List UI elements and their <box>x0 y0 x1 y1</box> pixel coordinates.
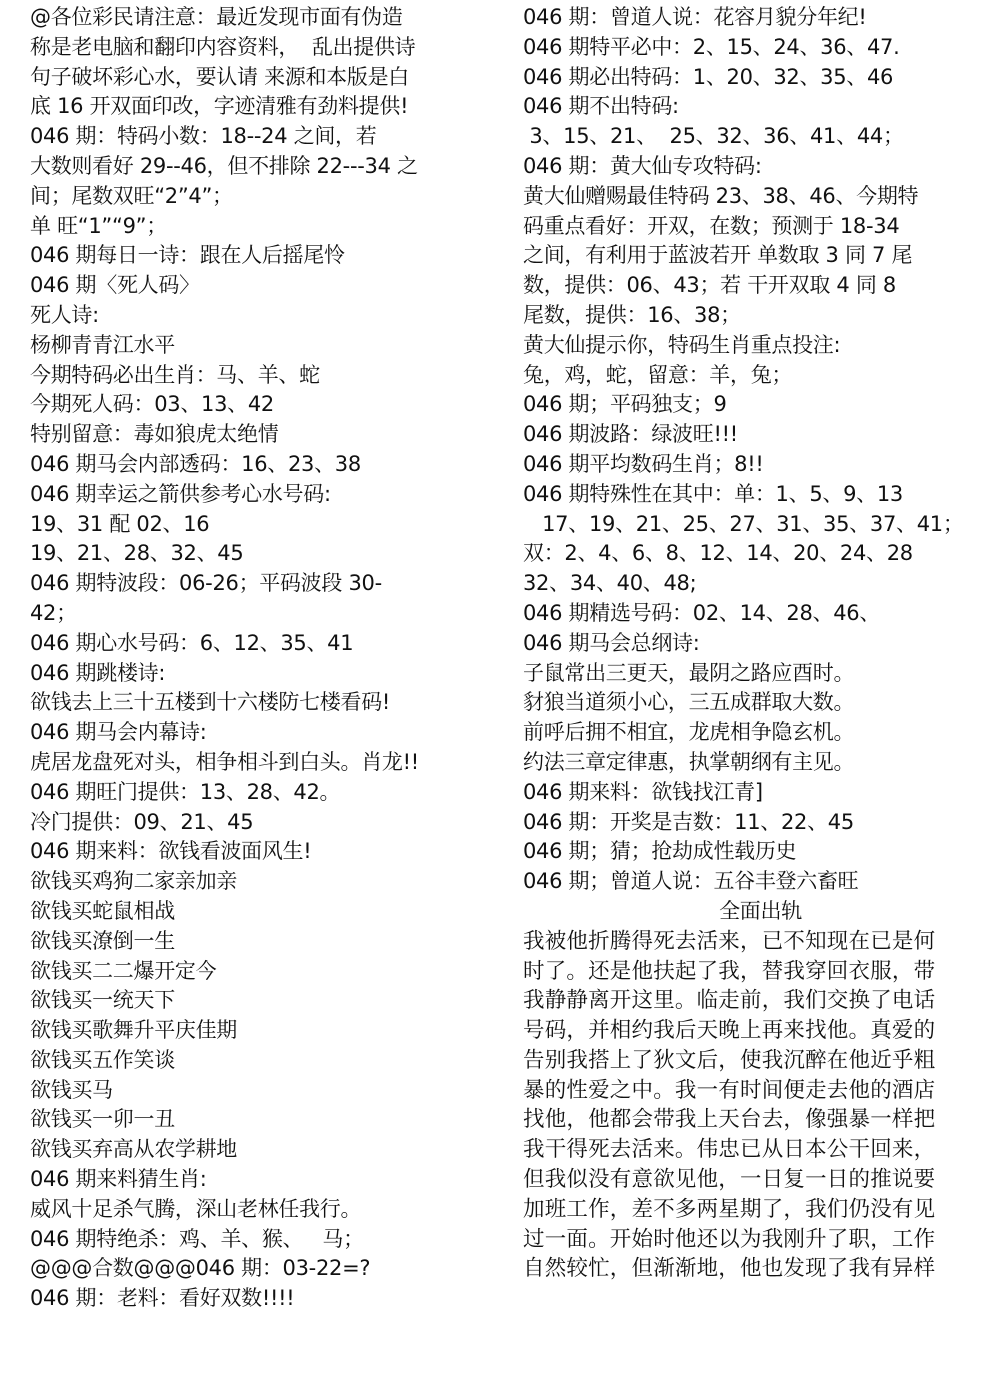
text-line: 046 期马会内幕诗: <box>30 718 500 748</box>
text-line: 046 期：开奖是吉数：11、22、45 <box>523 808 998 838</box>
right-column: 046 期：曾道人说：花容月貌分年纪!046 期特平必中：2、15、24、36、… <box>523 3 998 1284</box>
text-line: 046 期；曾道人说：五谷丰登六畜旺 <box>523 867 998 897</box>
story-line: 暴的性爱之中。我一有时间便走去他的酒店 <box>523 1076 998 1106</box>
text-line: 子鼠常出三更天，最阴之路应酉时。 <box>523 659 998 689</box>
text-line: 底 16 开双面印改，字迹清雅有劲料提供! <box>30 92 500 122</box>
story-line: 我干得死去活来。伟忠已从日本公干回来， <box>523 1135 998 1165</box>
text-line: 欲钱买鸡狗二家亲加亲 <box>30 867 500 897</box>
text-line: 约法三章定律惠，执掌朝纲有主见。 <box>523 748 998 778</box>
text-line: 046 期波路：绿波旺!!! <box>523 420 998 450</box>
text-line: 046 期跳楼诗: <box>30 659 500 689</box>
text-line: 046 期〈死人码〉 <box>30 271 500 301</box>
text-line: 046 期旺门提供：13、28、42。 <box>30 778 500 808</box>
text-line: 尾数，提供：16、38； <box>523 301 998 331</box>
text-line: 欲钱买弃高从农学耕地 <box>30 1135 500 1165</box>
text-line: 046 期特绝杀：鸡、羊、猴、 马； <box>30 1225 500 1255</box>
text-line: 046 期：黄大仙专攻特码: <box>523 152 998 182</box>
text-line: 046 期：老料：看好双数!!!! <box>30 1284 500 1314</box>
text-line: 17、19、21、25、27、31、35、37、41； <box>523 510 998 540</box>
text-line: @@@合数@@@046 期：03-22=? <box>30 1254 500 1284</box>
story-line: 号码，并相约我后天晚上再来找他。真爱的 <box>523 1016 998 1046</box>
text-line: 今期死人码：03、13、42 <box>30 390 500 420</box>
text-line: 前呼后拥不相宜，龙虎相争隐玄机。 <box>523 718 998 748</box>
story-title: 全面出轨 <box>523 897 998 927</box>
text-line: 欲钱买一卯一丑 <box>30 1105 500 1135</box>
text-line: 今期特码必出生肖：马、羊、蛇 <box>30 361 500 391</box>
text-line: 欲钱买五作笑谈 <box>30 1046 500 1076</box>
text-line: 双：2、4、6、8、12、14、20、24、28 <box>523 539 998 569</box>
text-line: 单 旺“1”“9”； <box>30 212 500 242</box>
story-line: 过一面。开始时他还以为我刚升了职，工作 <box>523 1225 998 1255</box>
text-line: 黄大仙赠赐最佳特码 23、38、46、今期特 <box>523 182 998 212</box>
text-line: 欲钱去上三十五楼到十六楼防七楼看码! <box>30 688 500 718</box>
text-line: 句子破坏彩心水，要认请 来源和本版是白 <box>30 63 500 93</box>
text-line: 046 期幸运之箭供参考心水号码: <box>30 480 500 510</box>
text-line: 黄大仙提示你，特码生肖重点投注: <box>523 331 998 361</box>
text-line: @各位彩民请注意：最近发现市面有伪造 <box>30 3 500 33</box>
text-line: 046 期；猜；抢劫成性载历史 <box>523 837 998 867</box>
text-line: 42； <box>30 599 500 629</box>
text-line: 046 期平均数码生肖；8!! <box>523 450 998 480</box>
text-line: 威风十足杀气腾，深山老林任我行。 <box>30 1195 500 1225</box>
text-line: 数，提供：06、43；若 干开双取 4 同 8 <box>523 271 998 301</box>
text-line: 046 期来料猜生肖: <box>30 1165 500 1195</box>
text-line: 19、21、28、32、45 <box>30 539 500 569</box>
text-line: 欲钱买马 <box>30 1076 500 1106</box>
text-line: 虎居龙盘死对头，相争相斗到白头。肖龙!! <box>30 748 500 778</box>
text-line: 046 期：曾道人说：花容月貌分年纪! <box>523 3 998 33</box>
text-line: 之间，有利用于蓝波若开 单数取 3 同 7 尾 <box>523 241 998 271</box>
text-line: 046 期精选号码：02、14、28、46、 <box>523 599 998 629</box>
story-line: 我静静离开这里。临走前，我们交换了电话 <box>523 986 998 1016</box>
text-line: 杨柳青青江水平 <box>30 331 500 361</box>
text-line: 称是老电脑和翻印内容资料， 乱出提供诗 <box>30 33 500 63</box>
text-line: 046 期不出特码: <box>523 92 998 122</box>
text-line: 间；尾数双旺“2”4”； <box>30 182 500 212</box>
text-line: 046 期马会总纲诗: <box>523 629 998 659</box>
text-line: 32、34、40、48; <box>523 569 998 599</box>
text-line: 046 期：特码小数：18--24 之间，若 <box>30 122 500 152</box>
text-line: 码重点看好：开双，在数；预测于 18-34 <box>523 212 998 242</box>
text-line: 死人诗: <box>30 301 500 331</box>
text-line: 046 期特平必中：2、15、24、36、47. <box>523 33 998 63</box>
story-line: 时了。还是他扶起了我，替我穿回衣服，带 <box>523 957 998 987</box>
text-line: 046 期特波段：06-26；平码波段 30- <box>30 569 500 599</box>
text-line: 19、31 配 02、16 <box>30 510 500 540</box>
text-line: 046 期特殊性在其中：单：1、5、9、13 <box>523 480 998 510</box>
text-line: 特别留意：毒如狼虎太绝情 <box>30 420 500 450</box>
text-line: 046 期每日一诗：跟在人后摇尾怜 <box>30 241 500 271</box>
text-line: 3、15、21、 25、32、36、41、44； <box>523 122 998 152</box>
story-line: 但我似没有意欲见他，一日复一日的推说要 <box>523 1165 998 1195</box>
left-column: @各位彩民请注意：最近发现市面有伪造称是老电脑和翻印内容资料， 乱出提供诗句子破… <box>30 3 500 1314</box>
text-line: 046 期来料：欲钱找江青] <box>523 778 998 808</box>
text-line: 大数则看好 29--46，但不排除 22---34 之 <box>30 152 500 182</box>
text-line: 欲钱买蛇鼠相战 <box>30 897 500 927</box>
text-line: 欲钱买一统天下 <box>30 986 500 1016</box>
text-line: 046 期马会内部透码：16、23、38 <box>30 450 500 480</box>
text-line: 豺狼当道须小心，三五成群取大数。 <box>523 688 998 718</box>
story-line: 找他，他都会带我上天台去，像强暴一样把 <box>523 1105 998 1135</box>
text-line: 046 期；平码独支；9 <box>523 390 998 420</box>
story-line: 加班工作，差不多两星期了，我们仍没有见 <box>523 1195 998 1225</box>
story-line: 自然较忙，但渐渐地，他也发现了我有异样 <box>523 1254 998 1284</box>
text-line: 欲钱买二二爆开定今 <box>30 957 500 987</box>
text-line: 046 期来料：欲钱看波面风生! <box>30 837 500 867</box>
story-line: 告别我搭上了狄文后，使我沉醉在他近乎粗 <box>523 1046 998 1076</box>
text-line: 046 期必出特码：1、20、32、35、46 <box>523 63 998 93</box>
story-line: 我被他折腾得死去活来，已不知现在已是何 <box>523 927 998 957</box>
text-line: 冷门提供：09、21、45 <box>30 808 500 838</box>
text-line: 欲钱买潦倒一生 <box>30 927 500 957</box>
text-line: 兔，鸡，蛇，留意：羊，兔； <box>523 361 998 391</box>
text-line: 046 期心水号码：6、12、35、41 <box>30 629 500 659</box>
text-line: 欲钱买歌舞升平庆佳期 <box>30 1016 500 1046</box>
